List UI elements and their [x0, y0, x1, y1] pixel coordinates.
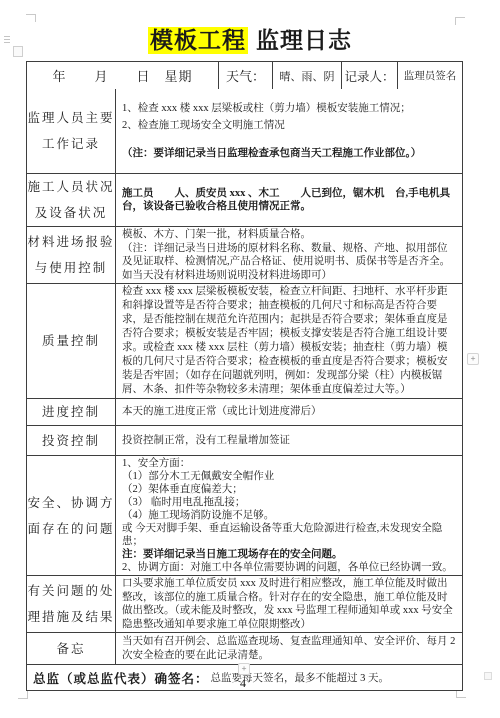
row-content: 1、检查 xxx 楼 xxx 层梁板或柱（剪力墙）模板安装施工情况；2、检查施工… — [116, 89, 462, 173]
content-line: 模板、木方、门架一批，材料质量合格。 — [122, 228, 456, 242]
margin-crop-mark-bottom-left — [18, 691, 28, 699]
row-label-line: 面存在的问题 — [27, 516, 114, 542]
row-content: 施工员 人、质安员 xxx 、木工 人已到位，锯木机 台,手电机具 台，该设备已… — [116, 174, 462, 226]
content-line: 注：要详细记录当日施工现场存在的安全问题。 — [122, 548, 456, 561]
recorder-value-cell: 监理员签名 — [398, 62, 462, 89]
content-line: （4）施工现场消防设施不足够。 — [122, 509, 456, 522]
margin-crop-mark-top-left — [26, 14, 36, 22]
content-line: 投资控制正常，没有工程量增加签证 — [122, 434, 456, 448]
title-highlighted-text: 模板工程 — [148, 27, 248, 54]
supervision-log-table[interactable]: 年 月 日 星期 天气： 晴、雨、阴 记录人： 监理员签名 监理人员主要工作记录… — [26, 61, 463, 691]
row-label-line: 及设备状况 — [35, 200, 108, 226]
row-content: 1、安全方面：（1）部分木工无佩戴安全帽作业（2）架体垂直度偏差大；（3） 临时… — [116, 456, 462, 575]
title-rest-text: 监理日志 — [256, 28, 352, 53]
row-label: 进度控制 — [27, 399, 116, 425]
table-body: 监理人员主要工作记录1、检查 xxx 楼 xxx 层梁板或柱（剪力墙）模板安装施… — [27, 89, 462, 664]
content-line: 1、安全方面： — [122, 457, 456, 470]
content-line: 1、检查 xxx 楼 xxx 层梁板或柱（剪力墙）模板安装施工情况； — [122, 100, 456, 117]
table-row: 有关问题的处理措施及结果口头要求施工单位质安员 xxx 及时进行相应整改，施工单… — [27, 575, 462, 632]
word-document-page[interactable]: { "title": { "highlighted": "模板工程", "res… — [0, 0, 500, 718]
row-label-line: 质量控制 — [42, 328, 100, 354]
table-row: 投资控制投资控制正常，没有工程量增加签证 — [27, 425, 462, 455]
table-row: 施工人员状况及设备状况施工员 人、质安员 xxx 、木工 人已到位，锯木机 台,… — [27, 173, 462, 226]
row-content: 口头要求施工单位质安员 xxx 及时进行相应整改，施工单位能及时做出整改，该部位… — [116, 576, 462, 632]
content-line: （注：详细记录当日进场的原材料名称、数量、规格、产地、拟用部位及见证取样、检测情… — [122, 242, 456, 283]
weather-options-cell: 晴、雨、阴 — [273, 62, 342, 89]
row-content: 当天如有召开例会、总监巡查现场、复查监理通知单、安全评价、每月 2 次安全检查的… — [116, 633, 462, 664]
row-content: 检查 xxx 楼 xxx 层梁板模板安装，检查立杆间距、扫地杆、水平杆步距和斜撑… — [116, 284, 462, 398]
row-content: 投资控制正常，没有工程量增加签证 — [116, 426, 462, 455]
row-label-line: 有关问题的处 — [27, 578, 114, 604]
content-line: （3） 临时用电乱拖乱接； — [122, 496, 456, 509]
row-label: 材料进场报验与使用控制 — [27, 227, 116, 283]
content-line: （2）架体垂直度偏差大； — [122, 483, 456, 496]
row-label: 安全、协调方面存在的问题 — [27, 456, 116, 575]
row-label: 施工人员状况及设备状况 — [27, 174, 116, 226]
row-label-line: 备忘 — [56, 636, 85, 662]
table-row: 监理人员主要工作记录1、检查 xxx 楼 xxx 层梁板或柱（剪力墙）模板安装施… — [27, 89, 462, 173]
section-plus-box-icon[interactable]: + — [238, 663, 250, 675]
table-header-row: 年 月 日 星期 天气： 晴、雨、阴 记录人： 监理员签名 — [27, 62, 462, 89]
row-label: 有关问题的处理措施及结果 — [27, 576, 116, 632]
margin-crop-mark-bottom-right — [456, 690, 466, 698]
weather-label-cell: 天气： — [219, 62, 273, 89]
row-label-line: 工作记录 — [42, 131, 100, 157]
table-row: 安全、协调方面存在的问题1、安全方面：（1）部分木工无佩戴安全帽作业（2）架体垂… — [27, 455, 462, 575]
table-row: 备忘当天如有召开例会、总监巡查现场、复查监理通知单、安全评价、每月 2 次安全检… — [27, 632, 462, 664]
page-number: 4 — [0, 676, 486, 691]
row-content: 本天的施工进度正常（或比计划进度滞后） — [116, 399, 462, 425]
row-label: 备忘 — [27, 633, 116, 664]
row-content: 模板、木方、门架一批，材料质量合格。（注：详细记录当日进场的原材料名称、数量、规… — [116, 227, 462, 283]
content-line: 当天如有召开例会、总监巡查现场、复查监理通知单、安全评价、每月 2 次安全检查的… — [122, 635, 456, 662]
content-line: 或 今天对脚手架、垂直运输设备等重大危险源进行检查,未发现安全隐患； — [122, 522, 456, 548]
content-line — [122, 134, 456, 145]
table-row: 材料进场报验与使用控制模板、木方、门架一批，材料质量合格。（注：详细记录当日进场… — [27, 226, 462, 283]
row-label-line: 监理人员主要 — [27, 105, 114, 131]
row-label: 质量控制 — [27, 284, 116, 398]
row-label-line: 材料进场报验 — [27, 229, 114, 255]
content-line: 施工员 人、质安员 xxx 、木工 人已到位，锯木机 台,手电机具 台，该设备已… — [122, 187, 456, 214]
row-label-line: 投资控制 — [42, 428, 100, 454]
row-label: 投资控制 — [27, 426, 116, 455]
row-label-line: 进度控制 — [42, 399, 100, 425]
date-cell: 年 月 日 星期 — [27, 62, 219, 89]
table-row: 质量控制检查 xxx 楼 xxx 层梁板模板安装，检查立杆间距、扫地杆、水平杆步… — [27, 283, 462, 398]
content-line: （注：要详细记录当日监理检查承包商当天工程施工作业部位。） — [122, 145, 456, 162]
content-line: 2、检查施工现场安全文明施工情况 — [122, 117, 456, 134]
row-label-line: 理措施及结果 — [27, 604, 114, 630]
row-label-line: 施工人员状况 — [27, 174, 114, 200]
content-line: 口头要求施工单位质安员 xxx 及时进行相应整改，施工单位能及时做出整改，该部位… — [122, 577, 456, 631]
expand-plus-box-icon[interactable]: + — [467, 353, 479, 365]
content-line: 检查 xxx 楼 xxx 层梁板模板安装，检查立杆间距、扫地杆、水平杆步距和斜撑… — [122, 285, 456, 397]
recorder-label-cell: 记录人： — [342, 62, 398, 89]
content-line: 2、协调方面：对施工中各单位需要协调的问题，各单位已经协调一致。 — [122, 561, 456, 574]
table-row: 进度控制本天的施工进度正常（或比计划进度滞后） — [27, 398, 462, 425]
row-label-line: 安全、协调方 — [27, 490, 114, 516]
content-line: （1）部分木工无佩戴安全帽作业 — [122, 470, 456, 483]
row-label: 监理人员主要工作记录 — [27, 89, 116, 173]
content-line: 本天的施工进度正常（或比计划进度滞后） — [122, 405, 456, 419]
page-title: 模板工程监理日志 — [0, 22, 500, 55]
row-label-line: 与使用控制 — [35, 255, 108, 281]
